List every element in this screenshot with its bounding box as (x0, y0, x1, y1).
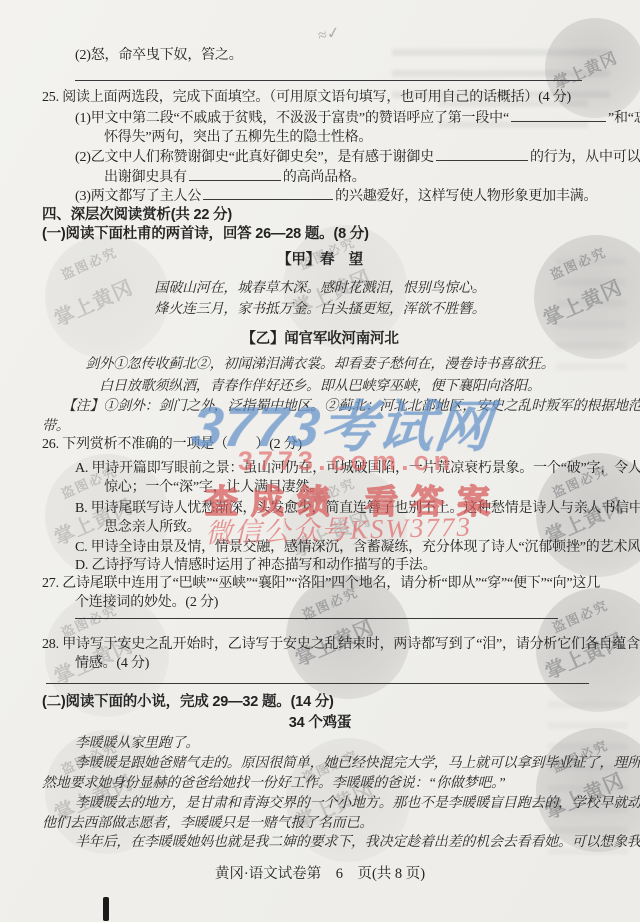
poem-note-line2: 带。 (42, 417, 70, 437)
poem-jia-line1: 国破山河在，城春草木深。感时花溅泪，恨别鸟惊心。 (0, 279, 640, 299)
story-paragraph: 李暖暖是跟她爸赌气走的。原因很简单，她已经快混完大学，马上就可以拿到毕业证了，理… (75, 754, 640, 774)
q28-line2: 情感。(4 分) (75, 654, 149, 674)
answer-blank (203, 186, 333, 200)
part2-heading: (二)阅读下面的小说，完成 29—32 题。(14 分) (42, 692, 334, 712)
q25-sub1-line2: 怀得失”两句，突出了五柳先生的隐士性格。 (104, 128, 372, 148)
story-paragraph: 然地要求她身份显赫的爸爸给她找一份好工作。李暖暖的爸说：“你做梦吧。” (42, 774, 506, 794)
q25-stem: 25. 阅读上面两选段，完成下面填空。（可用原文语句填写，也可用自己的话概括）(… (42, 88, 571, 108)
section4-heading: 四、深层次阅读赏析(共 22 分) (42, 205, 232, 225)
watermark-site-url: 3773.com.cn (238, 446, 455, 477)
q25-sub3-line: (3)两文都写了主人公的兴趣爱好，这样写使人物形象更加丰满。 (75, 186, 597, 206)
answer-blank (189, 167, 281, 181)
page-footer: 黄冈·语文试卷第 6 页(共 8 页) (0, 862, 640, 883)
poem-jia-line2: 烽火连三月，家书抵万金。白头搔更短，浑欲不胜簪。 (0, 300, 640, 320)
pen-mark: ≈✓ (316, 22, 341, 46)
q27-line2: 个连接词的妙处。(2 分) (75, 593, 218, 613)
answer-blank (436, 147, 528, 161)
answer-blank (511, 108, 606, 122)
q28-line1: 28. 甲诗写于安史之乱开始时，乙诗写于安史之乱结束时，两诗都写到了“泪”，请分… (42, 635, 640, 655)
q24-part2-text: (2)怒，命卒曳下奴，笞之。 (75, 46, 243, 66)
answer-line (46, 683, 589, 684)
scan-ink-mark (103, 897, 109, 921)
q26-option-b-line2: 思念亲人所致。 (104, 518, 201, 538)
story-paragraph: 李暖暖从家里跑了。 (75, 734, 199, 754)
poem-yi-line1: 剑外①忽传收蓟北②，初闻涕泪满衣裳。却看妻子愁何在，漫卷诗书喜欲狂。 (0, 355, 640, 375)
q25-sub2-line1: (2)乙文中人们称赞谢御史“此真好御史矣”，是有感于谢御史的行为，从中可以看 (75, 147, 640, 167)
watermark-wechat: 微信公众号KSW3773 (205, 505, 473, 551)
story-paragraph: 半年后，在李暖暖她妈也就是我二婶的要求下，我决定趁着出差的机会去看看她。可以想象… (75, 833, 640, 853)
poem-jia-title: 【甲】春 望 (0, 250, 640, 270)
q26-option-d: D. 乙诗抒写诗人情感时运用了神态描写和动作描写的手法。 (75, 556, 437, 576)
q27-line1: 27. 乙诗尾联中连用了“巴峡”“巫峡”“襄阳”“洛阳”四个地名，请分析“即从”… (42, 574, 600, 594)
answer-line (75, 618, 558, 619)
story-paragraph: 他们去西部做志愿者，李暖暖只是一赌气报了名而已。 (42, 814, 373, 834)
q25-sub2-line2: 出谢御史具有的高尚品格。 (104, 167, 366, 187)
part1-heading: (一)阅读下面杜甫的两首诗，回答 26—28 题。(8 分) (42, 224, 369, 244)
poem-yi-line2: 白日放歌须纵酒，青春作伴好还乡。即从巴峡穿巫峡，便下襄阳向洛阳。 (0, 377, 640, 397)
answer-line (75, 80, 582, 81)
q25-sub1-line1: (1)甲文中第二段“不戚戚于贫贱，不汲汲于富贵”的赞语呼应了第一段中“”和“忘 (75, 108, 640, 128)
scanned-exam-page: 盗图必究掌上黄冈 盗图必究掌上黄冈 盗图必究掌上黄冈 掌上黄冈 盗图必究掌上黄冈… (0, 0, 640, 922)
story-paragraph: 李暖暖去的地方，是甘肃和青海交界的一个小地方。那也不是李暖暖盲目跑去的，学校早就… (75, 794, 640, 814)
poem-yi-title: 【乙】闻官军收河南河北 (0, 329, 640, 349)
story-title: 34 个鸡蛋 (0, 713, 640, 733)
